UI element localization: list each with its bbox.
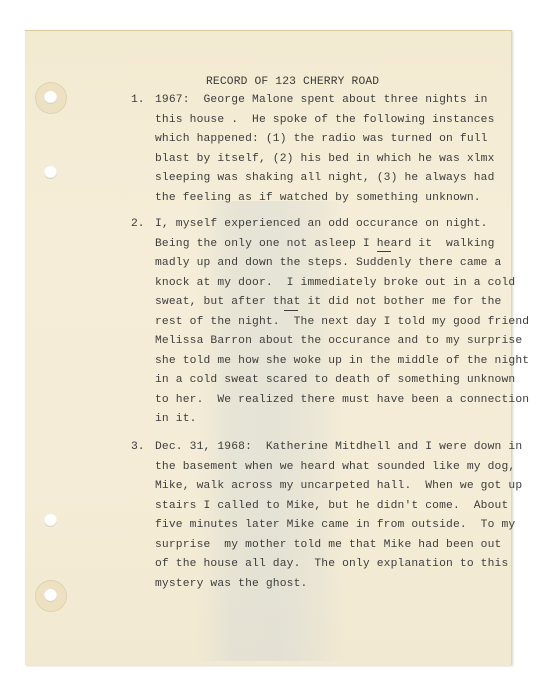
item-line: Being the only one not asleep I heard it…	[155, 238, 495, 250]
item-line: madly up and down the steps. Suddenly th…	[155, 257, 501, 269]
punch-hole-middle-lower	[44, 514, 57, 527]
item-line: Mike, walk across my uncarpeted hall. Wh…	[155, 480, 522, 492]
underline-it-1	[377, 251, 391, 252]
item-line: this house . He spoke of the following i…	[155, 114, 495, 126]
item-line: in it.	[155, 413, 197, 425]
item-line: in a cold sweat scared to death of somet…	[155, 374, 515, 386]
item-line: rest of the night. The next day I told m…	[155, 316, 529, 328]
item-line: 1967: George Malone spent about three ni…	[155, 94, 488, 106]
item-number: 1.	[131, 94, 145, 106]
item-line: knock at my door. I immediately broke ou…	[155, 277, 515, 289]
item-number: 3.	[131, 441, 145, 453]
item-line: I, myself experienced an odd occurance o…	[155, 218, 488, 230]
item-line: mystery was the ghost.	[155, 578, 307, 590]
item-line: surprise my mother told me that Mike had…	[155, 539, 501, 551]
item-line: the feeling as if watched by something u…	[155, 192, 481, 204]
item-line: Melissa Barron about the occurance and t…	[155, 335, 522, 347]
item-line: of the house all day. The only explanati…	[155, 558, 508, 570]
item-line: sweat, but after that it did not bother …	[155, 296, 501, 308]
item-line: five minutes later Mike came in from out…	[155, 519, 515, 531]
item-line: which happened: (1) the radio was turned…	[155, 133, 488, 145]
item-line: to her. We realized there must have been…	[155, 394, 529, 406]
item-line: stairs I called to Mike, but he didn't c…	[155, 500, 508, 512]
item-line: Dec. 31, 1968: Katherine Mitdhell and I …	[155, 441, 522, 453]
punch-hole-middle-upper	[44, 166, 57, 179]
item-line: the basement when we heard what sounded …	[155, 461, 515, 473]
item-line: she told me how she woke up in the middl…	[155, 355, 529, 367]
paper-showthrough	[195, 201, 345, 661]
item-line: sleeping was shaking all night, (3) he a…	[155, 172, 495, 184]
punch-hole-bottom	[44, 589, 57, 602]
document-title: RECORD OF 123 CHERRY ROAD	[206, 76, 379, 88]
underline-it-2	[284, 310, 298, 311]
item-line: blast by itself, (2) his bed in which he…	[155, 153, 495, 165]
punch-hole-top	[44, 91, 57, 104]
item-number: 2.	[131, 218, 145, 230]
